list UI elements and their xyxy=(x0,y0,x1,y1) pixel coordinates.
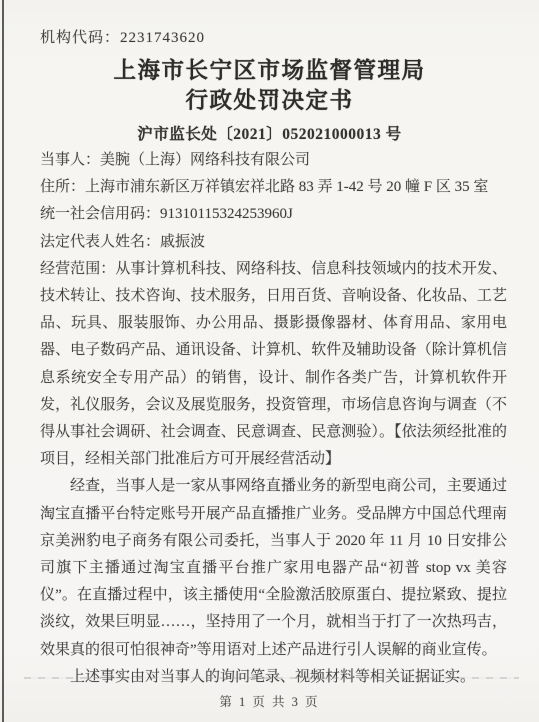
field-legal-representative: 法定代表人姓名：戚振波 xyxy=(40,229,507,256)
document-body: 当事人：美腕（上海）网络科技有限公司 住所：上海市浦东新区万祥镇宏祥北路 83 … xyxy=(40,147,507,691)
para-investigation-findings: 经查，当事人是一家从事网络直播业务的新型电商公司，主要通过淘宝直播平台特定账号开… xyxy=(40,473,507,663)
field-party: 当事人：美腕（上海）网络科技有限公司 xyxy=(40,147,507,174)
scan-streak-artifact xyxy=(24,677,519,679)
document-number: 沪市监长处〔2021〕052021000013 号 xyxy=(0,122,539,144)
para-business-scope: 经营范围：从事计算机科技、网络科技、信息科技领域内的技术开发、技术转让、技术咨询… xyxy=(40,256,507,474)
document-title-line2: 行政处罚决定书 xyxy=(0,86,539,116)
page-number-footer: 第 1 页 共 3 页 xyxy=(0,692,539,710)
field-credit-code: 统一社会信用码：91310115324253960J xyxy=(40,201,507,228)
document-title-line1: 上海市长宁区市场监督管理局 xyxy=(0,56,539,86)
scanned-document-page: 机构代码：2231743620 上海市长宁区市场监督管理局 行政处罚决定书 沪市… xyxy=(0,0,539,722)
document-title: 上海市长宁区市场监督管理局 行政处罚决定书 xyxy=(0,56,539,116)
agency-code: 机构代码：2231743620 xyxy=(40,26,205,47)
field-address: 住所：上海市浦东新区万祥镇宏祥北路 83 弄 1-42 号 20 幢 F 区 3… xyxy=(40,174,507,201)
